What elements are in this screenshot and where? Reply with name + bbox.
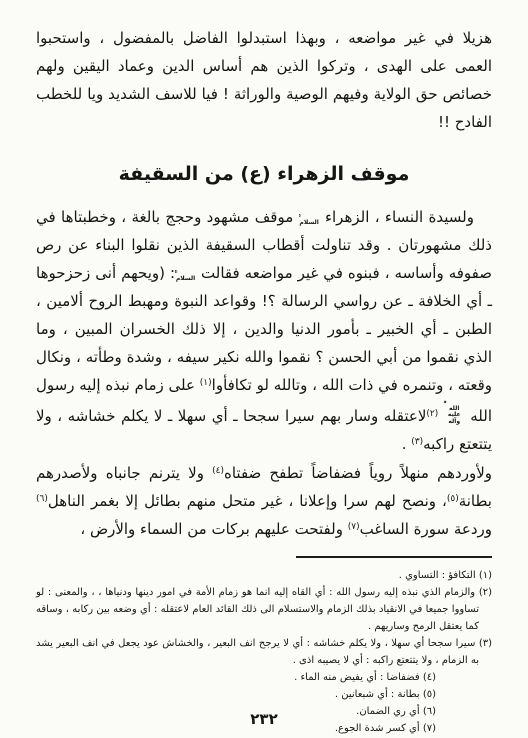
salawat-seal-icon: صلى الله عليه وآله	[444, 399, 465, 425]
footnote-marker: (١)	[479, 570, 492, 581]
footnote-separator	[296, 556, 492, 558]
footnote-ref: (٣)	[411, 437, 423, 447]
section-heading: موقف الزهراء (ع) من السقيفة	[36, 163, 492, 185]
intro-paragraph: هزيلا في غير مواضعه ، وبهذا استبدلوا الف…	[36, 24, 492, 136]
page-number: ٢٣٢	[0, 710, 528, 728]
footnote: (٥) بطانة : أي شبعانين .	[36, 686, 492, 703]
footnote: (١) التكافؤ : التساوي .	[36, 567, 492, 584]
footnote-marker: (٢)	[479, 587, 492, 598]
footnote-ref: (٤)	[212, 466, 224, 476]
footnote-marker: (٤)	[423, 672, 436, 683]
footnote-ref: (١)	[200, 378, 212, 388]
footnote-marker: (٥)	[423, 689, 436, 700]
body-text: ولسيدة النساء ، الزهراء عليها السلام موق…	[36, 203, 492, 543]
alayha-salam-seal-icon: عليها السلام	[299, 213, 320, 226]
footnote-ref: (٦)	[36, 494, 48, 504]
footnote: (٤) فضفاضا : أي يفيض منه الماء .	[36, 669, 492, 686]
footnote: (٢) والزمام الذي نبذه إليه رسول الله : أ…	[36, 584, 492, 635]
body-paragraph: ولأوردهم منهلاً روياً فضفاضاً تطفح ضفتاه…	[36, 459, 492, 543]
footnote-ref: (٥)	[447, 494, 459, 504]
alayha-salam-seal-icon: عليها السلام	[175, 269, 196, 282]
footnote-ref: (٢)	[426, 409, 438, 419]
body-paragraph: ولسيدة النساء ، الزهراء عليها السلام موق…	[36, 203, 492, 458]
footnote-ref: (٧)	[348, 522, 360, 532]
footnote-marker: (٣)	[479, 638, 492, 649]
book-page: هزيلا في غير مواضعه ، وبهذا استبدلوا الف…	[0, 0, 528, 738]
footnote: (٣) سيرا سجحا أي سهلا ، ولا يكلم خشاشه :…	[36, 635, 492, 669]
